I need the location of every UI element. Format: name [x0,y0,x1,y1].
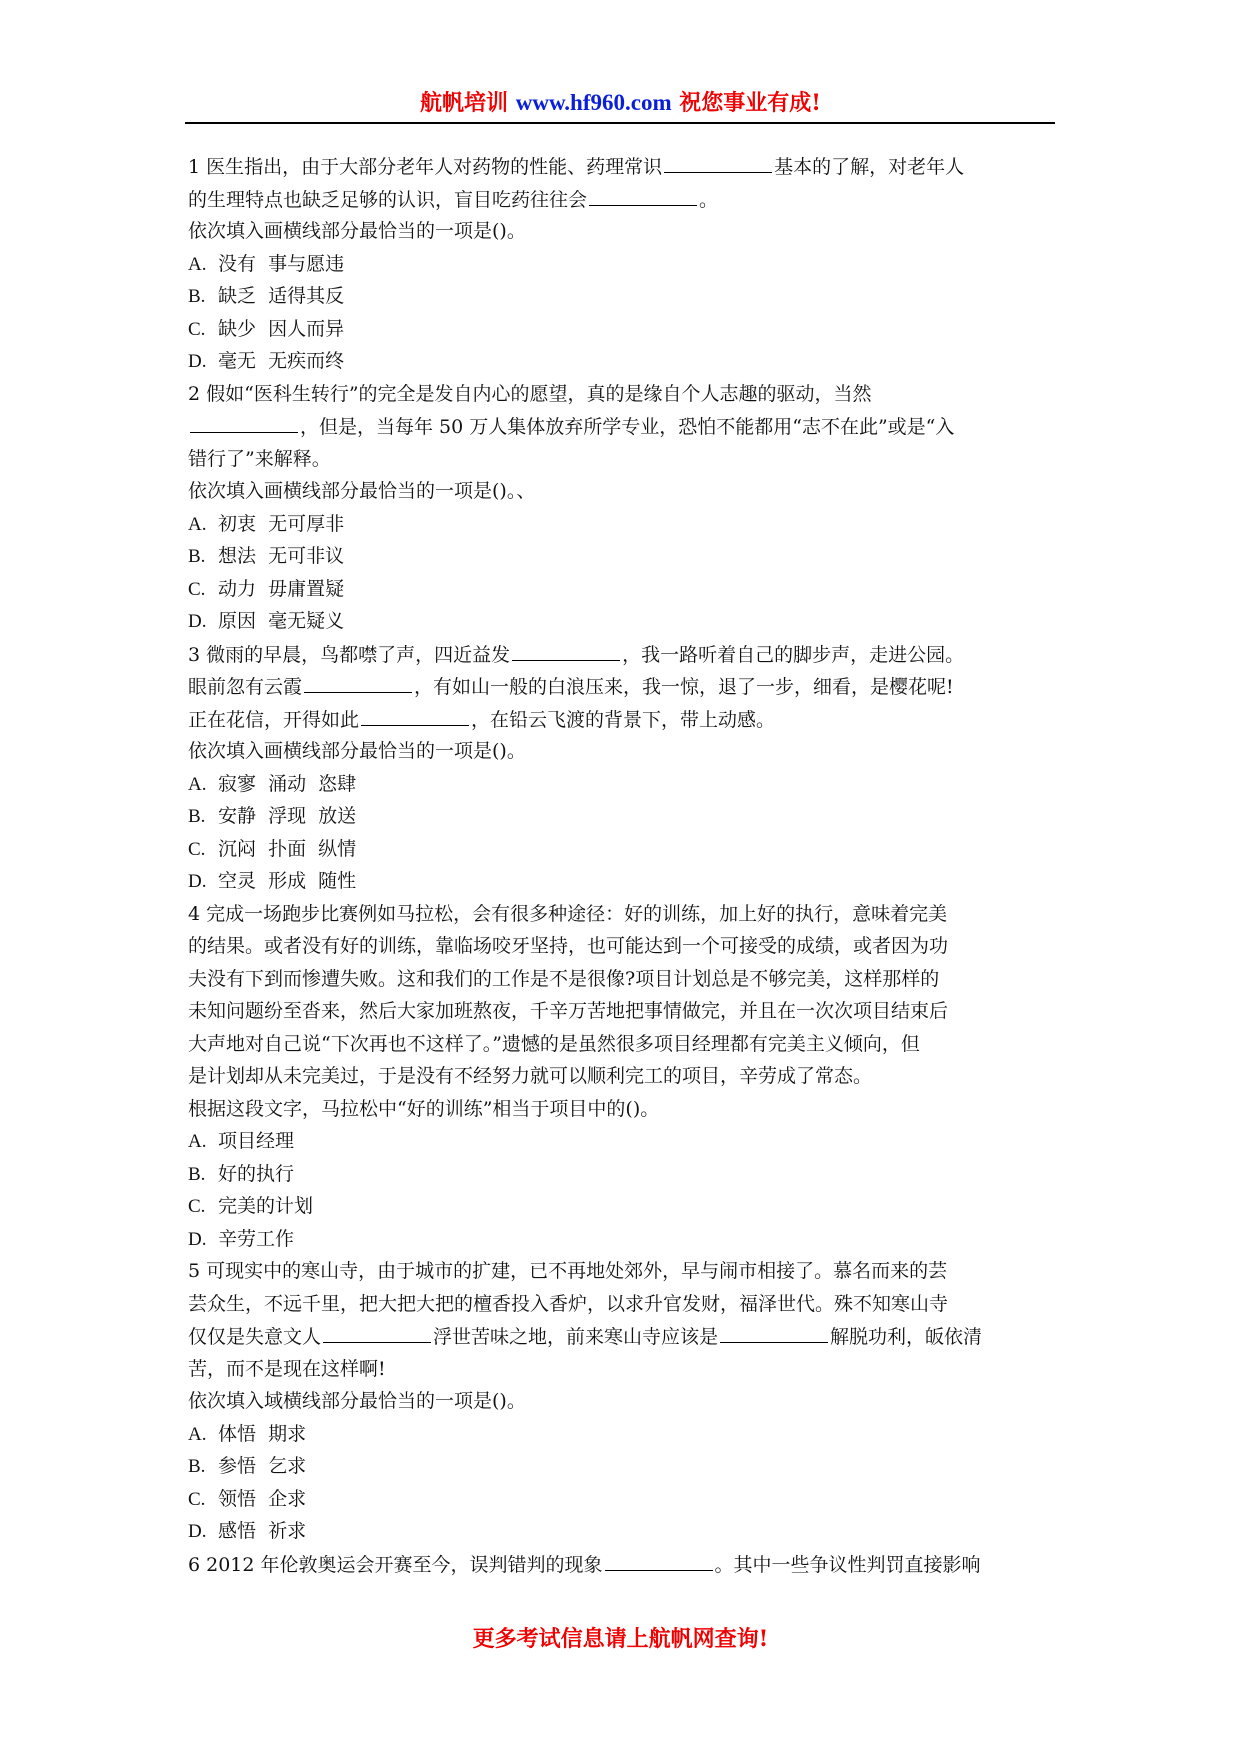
question-3: 3 微雨的早晨，鸟都噤了声，四近益发，我一路听着自己的脚步声，走进公园。眼前忽有… [188,638,1058,898]
option-letter: C. [188,834,218,867]
answer-option: A.没有 事与愿违 [188,248,1058,281]
answer-option: A.体悟 期求 [188,1418,1058,1451]
option-text: 感悟 祈求 [218,1520,306,1542]
text-segment: 6 2012 年伦敦奥运会开赛至今，误判错判的现象 [188,1554,603,1576]
answer-option: B.想法 无可非议 [188,540,1058,573]
question-text-line: 眼前忽有云霞，有如山一般的白浪压来，我一惊，退了一步，细看，是樱花呢! [188,670,1058,703]
option-letter: B. [188,281,218,314]
text-segment: 正在花信，开得如此 [188,709,359,731]
option-letter: D. [188,1516,218,1549]
option-text: 没有 事与愿违 [218,253,344,275]
option-text: 空灵 形成 随性 [218,870,356,892]
option-letter: D. [188,346,218,379]
answer-option: A.项目经理 [188,1125,1058,1158]
answer-option: C.完美的计划 [188,1190,1058,1223]
text-segment: 4 完成一场跑步比赛例如马拉松，会有很多种途径：好的训练，加上好的执行，意味着完… [188,903,947,925]
option-text: 想法 无可非议 [218,545,344,567]
option-text: 安静 浮现 放送 [218,805,356,827]
option-letter: A. [188,249,218,282]
fill-blank [664,150,772,173]
fill-blank [605,1548,713,1571]
option-letter: A. [188,509,218,542]
fill-blank [589,183,697,206]
question-text-line: 1 医生指出，由于大部分老年人对药物的性能、药理常识基本的了解，对老年人 [188,150,1058,183]
header-url-link[interactable]: www.hf960.com [516,90,672,115]
question-text-line: 的结果。或者没有好的训练，靠临场咬牙坚持，也可能达到一个可接受的成绩，或者因为功 [188,930,1058,963]
option-text: 动力 毋庸置疑 [218,578,344,600]
question-prompt: 根据这段文字，马拉松中“好的训练”相当于项目中的()。 [188,1093,1058,1126]
text-segment: 。 [699,189,718,211]
answer-option: C.动力 毋庸置疑 [188,573,1058,606]
text-segment: 基本的了解，对老年人 [774,156,964,178]
question-text-line: 夫没有下到而惨遭失败。这和我们的工作是不是很像?项目计划总是不够完美，这样那样的 [188,963,1058,996]
text-segment: 3 微雨的早晨，鸟都噤了声，四近益发 [188,644,510,666]
text-segment: 1 医生指出，由于大部分老年人对药物的性能、药理常识 [188,156,662,178]
option-letter: D. [188,1224,218,1257]
answer-option: C.缺少 因人而异 [188,313,1058,346]
answer-option: A.初衷 无可厚非 [188,508,1058,541]
text-segment: ，在铅云飞渡的背景下，带上动感。 [471,709,775,731]
question-text-line: 未知问题纷至沓来，然后大家加班熬夜，千辛万苦地把事情做完，并且在一次次项目结束后 [188,995,1058,1028]
question-text-line: 仅仅是失意文人浮世苦味之地，前来寒山寺应该是解脱功利，皈依清 [188,1320,1058,1353]
answer-option: D.感悟 祈求 [188,1515,1058,1548]
text-segment: ，我一路听着自己的脚步声，走进公园。 [622,644,964,666]
page-footer: 更多考试信息请上航帆网查询! [0,1622,1241,1653]
option-text: 沉闷 扑面 纵情 [218,838,356,860]
answer-option: C.领悟 企求 [188,1483,1058,1516]
option-text: 完美的计划 [218,1195,313,1217]
question-text-line: 芸众生，不远千里，把大把大把的檀香投入香炉，以求升官发财，福泽世代。殊不知寒山寺 [188,1288,1058,1321]
answer-option: C.沉闷 扑面 纵情 [188,833,1058,866]
text-segment: 错行了”来解释。 [188,448,331,470]
question-text-line: 正在花信，开得如此，在铅云飞渡的背景下，带上动感。 [188,703,1058,736]
question-text-line: 是计划却从未完美过，于是没有不经努力就可以顺利完工的项目，辛劳成了常态。 [188,1060,1058,1093]
question-prompt: 依次填入域横线部分最恰当的一项是()。 [188,1385,1058,1418]
fill-blank [304,670,412,693]
option-letter: C. [188,314,218,347]
option-text: 初衷 无可厚非 [218,513,344,535]
header-slogan: 祝您事业有成! [679,90,821,116]
option-text: 缺少 因人而异 [218,318,344,340]
text-segment: 芸众生，不远千里，把大把大把的檀香投入香炉，以求升官发财，福泽世代。殊不知寒山寺 [188,1293,948,1315]
option-letter: D. [188,606,218,639]
option-text: 辛劳工作 [218,1228,294,1250]
option-letter: B. [188,1159,218,1192]
question-text-line: 大声地对自己说“下次再也不这样了。”遗憾的是虽然很多项目经理都有完美主义倾向，但 [188,1028,1058,1061]
fill-blank [720,1320,828,1343]
question-2: 2 假如“医科生转行”的完全是发自内心的愿望，真的是缘自个人志趣的驱动，当然，但… [188,378,1058,638]
text-segment: 未知问题纷至沓来，然后大家加班熬夜，千辛万苦地把事情做完，并且在一次次项目结束后 [188,1000,948,1022]
answer-option: D.空灵 形成 随性 [188,865,1058,898]
question-5: 5 可现实中的寒山寺，由于城市的扩建，已不再地处郊外，早与闹市相接了。慕名而来的… [188,1255,1058,1548]
option-text: 参悟 乞求 [218,1455,306,1477]
option-letter: D. [188,866,218,899]
fill-blank [361,703,469,726]
text-segment: ，有如山一般的白浪压来，我一惊，退了一步，细看，是樱花呢! [414,676,954,698]
text-segment: 的生理特点也缺乏足够的认识，盲目吃药往往会 [188,189,587,211]
answer-option: B.好的执行 [188,1158,1058,1191]
question-prompt: 依次填入画横线部分最恰当的一项是()。、 [188,475,1058,508]
option-text: 缺乏 适得其反 [218,285,344,307]
option-text: 领悟 企求 [218,1488,306,1510]
answer-option: B.缺乏 适得其反 [188,280,1058,313]
text-segment: 大声地对自己说“下次再也不这样了。”遗憾的是虽然很多项目经理都有完美主义倾向，但 [188,1033,920,1055]
option-text: 原因 毫无疑义 [218,610,344,632]
option-text: 好的执行 [218,1163,294,1185]
text-segment: 夫没有下到而惨遭失败。这和我们的工作是不是很像?项目计划总是不够完美，这样那样的 [188,968,939,990]
option-letter: C. [188,1484,218,1517]
question-text-line: 6 2012 年伦敦奥运会开赛至今，误判错判的现象。其中一些争议性判罚直接影响 [188,1548,1058,1581]
text-segment: 浮世苦味之地，前来寒山寺应该是 [433,1326,718,1348]
text-segment: 仅仅是失意文人 [188,1326,321,1348]
option-letter: A. [188,769,218,802]
option-letter: B. [188,801,218,834]
question-text-line: 的生理特点也缺乏足够的认识，盲目吃药往往会。 [188,183,1058,216]
header-divider [185,122,1055,124]
answer-option: A.寂寥 涌动 恣肆 [188,768,1058,801]
answer-option: D.原因 毫无疑义 [188,605,1058,638]
fill-blank [512,638,620,661]
text-segment: 的结果。或者没有好的训练，靠临场咬牙坚持，也可能达到一个可接受的成绩，或者因为功 [188,935,948,957]
option-text: 项目经理 [218,1130,294,1152]
text-segment: 是计划却从未完美过，于是没有不经努力就可以顺利完工的项目，辛劳成了常态。 [188,1065,872,1087]
option-letter: C. [188,574,218,607]
question-text-line: 5 可现实中的寒山寺，由于城市的扩建，已不再地处郊外，早与闹市相接了。慕名而来的… [188,1255,1058,1288]
option-letter: A. [188,1419,218,1452]
page-header: 航帆培训 www.hf960.com 祝您事业有成! [0,88,1241,118]
fill-blank [323,1320,431,1343]
question-4: 4 完成一场跑步比赛例如马拉松，会有很多种途径：好的训练，加上好的执行，意味着完… [188,898,1058,1256]
question-prompt: 依次填入画横线部分最恰当的一项是()。 [188,215,1058,248]
text-segment: 解脱功利，皈依清 [830,1326,982,1348]
fill-blank [190,410,298,433]
text-segment: ，但是，当每年 50 万人集体放弃所学专业，恐怕不能都用“志不在此”或是“入 [300,416,954,438]
text-segment: 5 可现实中的寒山寺，由于城市的扩建，已不再地处郊外，早与闹市相接了。慕名而来的… [188,1260,947,1282]
answer-option: D.毫无 无疾而终 [188,345,1058,378]
question-text-line: 错行了”来解释。 [188,443,1058,476]
text-segment: 眼前忽有云霞 [188,676,302,698]
text-segment: 2 假如“医科生转行”的完全是发自内心的愿望，真的是缘自个人志趣的驱动，当然 [188,383,872,405]
header-brand: 航帆培训 [420,90,508,116]
option-text: 寂寥 涌动 恣肆 [218,773,356,795]
question-text-line: 4 完成一场跑步比赛例如马拉松，会有很多种途径：好的训练，加上好的执行，意味着完… [188,898,1058,931]
option-letter: B. [188,1451,218,1484]
option-text: 体悟 期求 [218,1423,306,1445]
question-6: 6 2012 年伦敦奥运会开赛至今，误判错判的现象。其中一些争议性判罚直接影响 [188,1548,1058,1581]
option-letter: C. [188,1191,218,1224]
answer-option: D.辛劳工作 [188,1223,1058,1256]
text-segment: 苦，而不是现在这样啊! [188,1358,386,1380]
option-letter: A. [188,1126,218,1159]
option-letter: B. [188,541,218,574]
answer-option: B.安静 浮现 放送 [188,800,1058,833]
question-text-line: ，但是，当每年 50 万人集体放弃所学专业，恐怕不能都用“志不在此”或是“入 [188,410,1058,443]
option-text: 毫无 无疾而终 [218,350,344,372]
answer-option: B.参悟 乞求 [188,1450,1058,1483]
question-1: 1 医生指出，由于大部分老年人对药物的性能、药理常识基本的了解，对老年人的生理特… [188,150,1058,378]
question-text-line: 3 微雨的早晨，鸟都噤了声，四近益发，我一路听着自己的脚步声，走进公园。 [188,638,1058,671]
question-text-line: 苦，而不是现在这样啊! [188,1353,1058,1386]
text-segment: 。其中一些争议性判罚直接影响 [715,1554,981,1576]
document-body: 1 医生指出，由于大部分老年人对药物的性能、药理常识基本的了解，对老年人的生理特… [188,150,1058,1580]
question-text-line: 2 假如“医科生转行”的完全是发自内心的愿望，真的是缘自个人志趣的驱动，当然 [188,378,1058,411]
question-prompt: 依次填入画横线部分最恰当的一项是()。 [188,735,1058,768]
